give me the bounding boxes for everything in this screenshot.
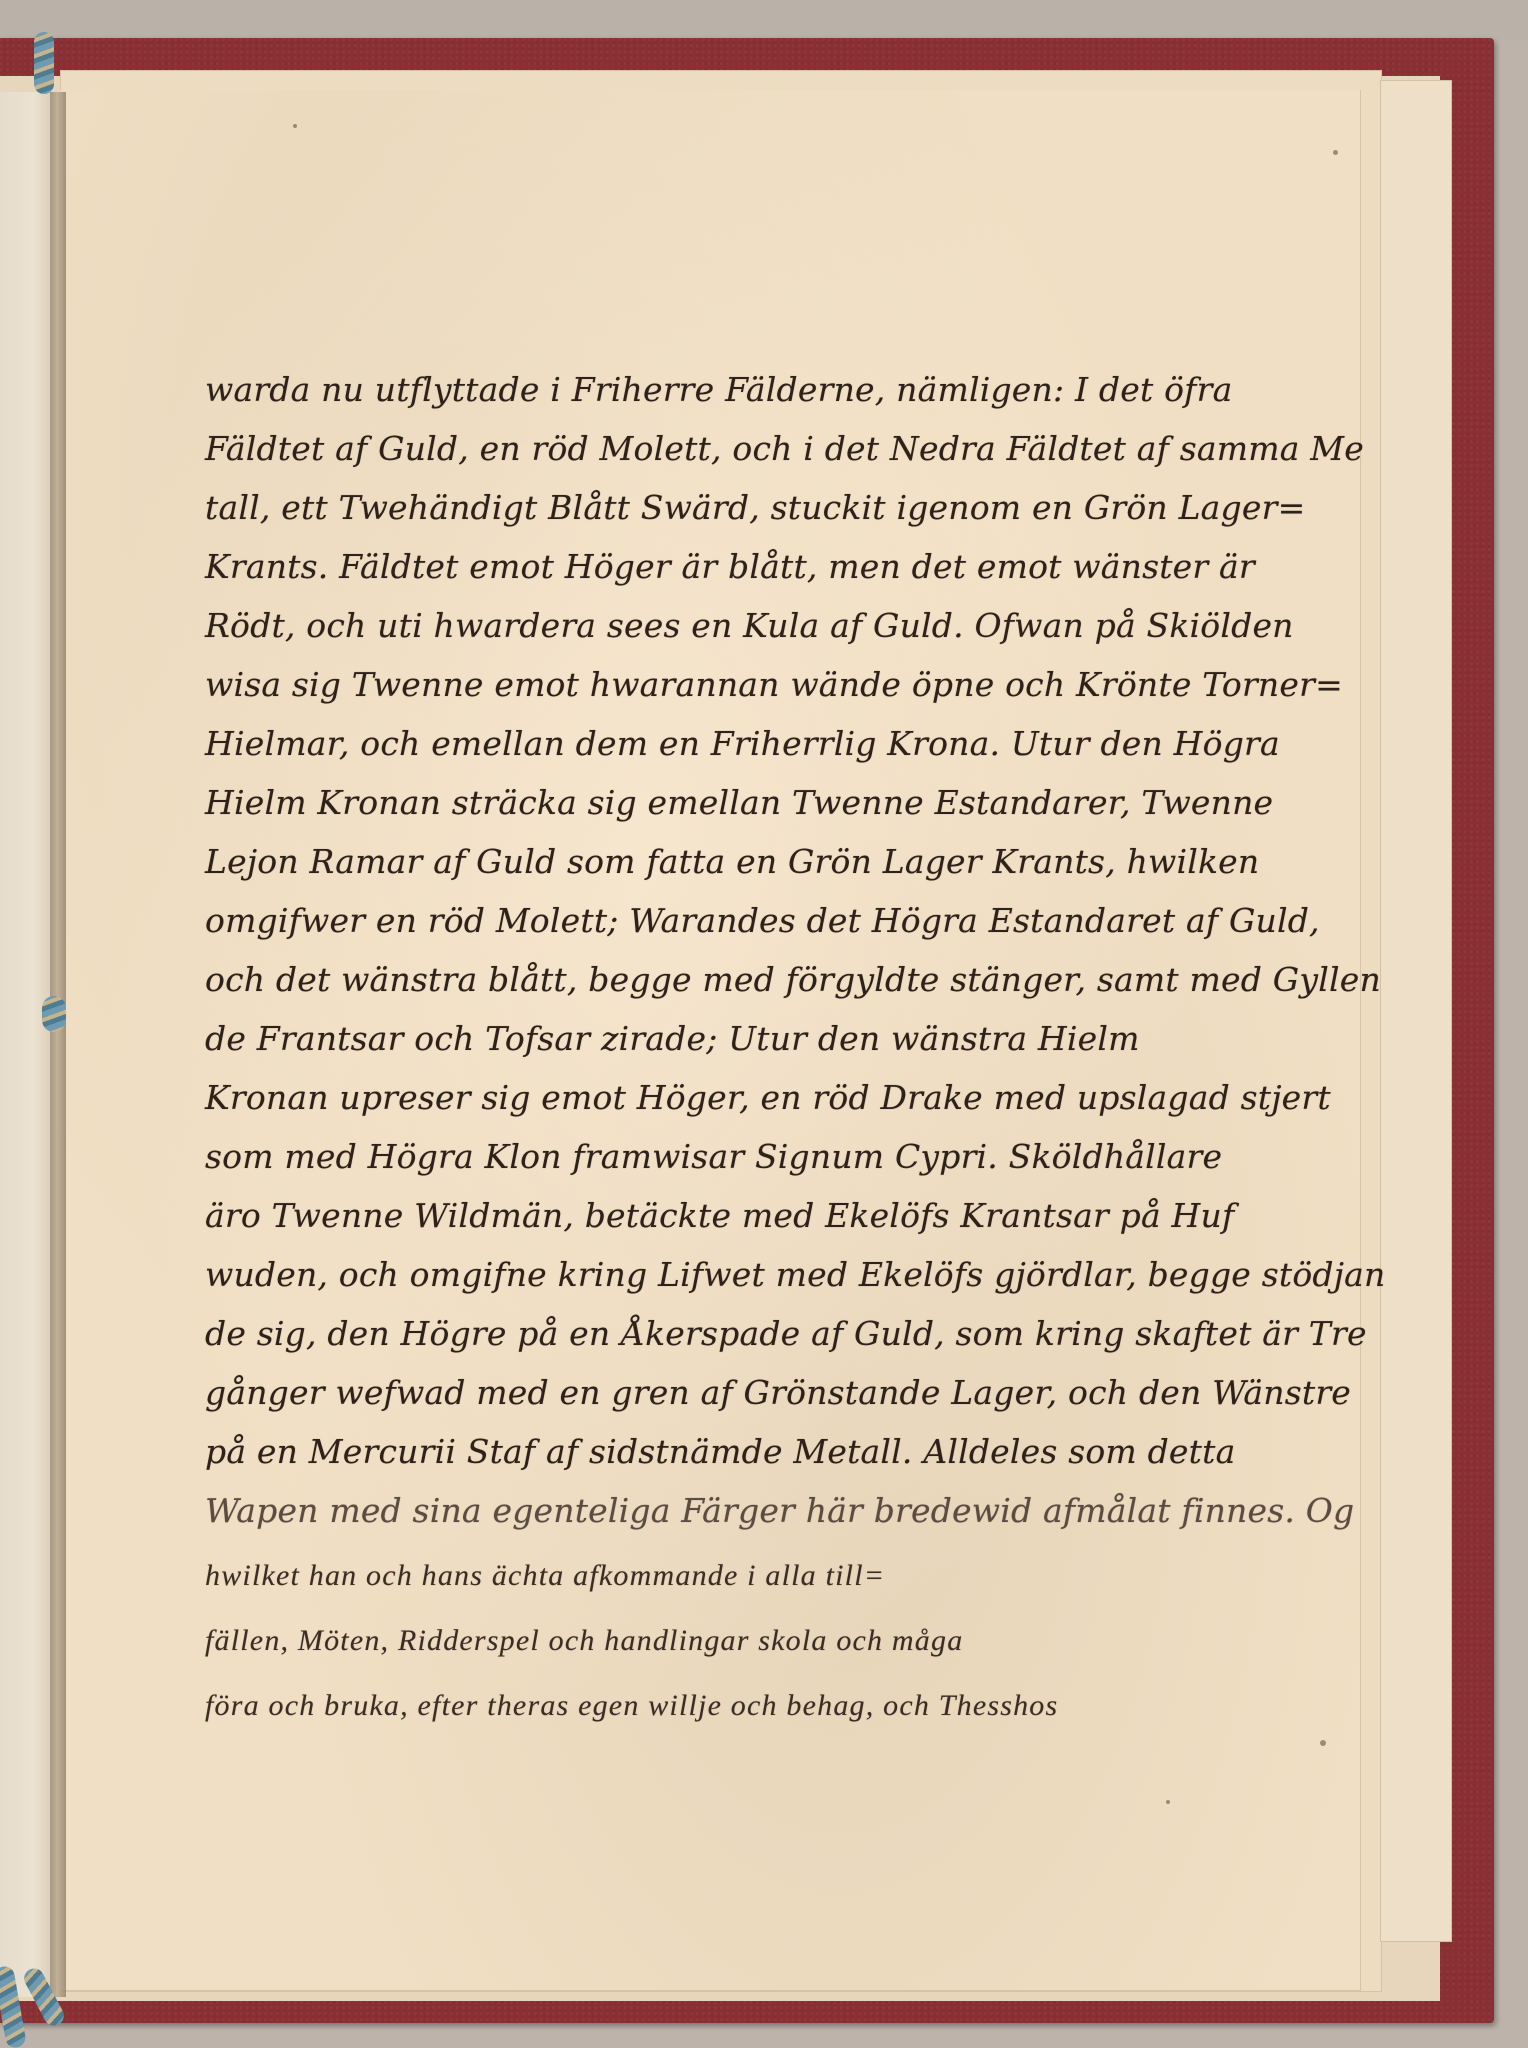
foxing-spot (1320, 1740, 1326, 1746)
text-line: Kronan upreser sig emot Höger, en röd Dr… (205, 1068, 1235, 1127)
text-line-later-hand: föra och bruka, efter theras egen willje… (205, 1676, 1235, 1735)
text-line: Wapen med sina egenteliga Färger här bre… (205, 1481, 1235, 1540)
book-gutter (50, 92, 66, 1997)
text-line: wisa sig Twenne emot hwarannan wände öpn… (205, 655, 1235, 714)
silk-cord-top (34, 32, 54, 94)
text-line: och det wänstra blått, begge med förgyld… (205, 950, 1235, 1009)
silk-cord-knot (42, 996, 66, 1032)
text-line: Hielmar, och emellan dem en Friherrlig K… (205, 714, 1235, 773)
scan-backdrop (0, 0, 1528, 40)
text-line: Lejon Ramar af Guld som fatta en Grön La… (205, 832, 1235, 891)
facing-page-edge (0, 92, 56, 1997)
text-line: Krants. Fäldtet emot Höger är blått, men… (205, 537, 1235, 596)
text-line-later-hand: fällen, Möten, Ridderspel och handlingar… (205, 1611, 1235, 1670)
text-line: som med Högra Klon framwisar Signum Cypr… (205, 1127, 1235, 1186)
text-line: Rödt, och uti hwardera sees en Kula af G… (205, 596, 1235, 655)
text-line: tall, ett Twehändigt Blått Swärd, stucki… (205, 478, 1235, 537)
text-line: warda nu utflyttade i Friherre Fälderne,… (205, 360, 1235, 419)
text-line: de sig, den Högre på en Åkerspade af Gul… (205, 1304, 1235, 1363)
underlying-leaf-edge (1380, 80, 1452, 1942)
foxing-spot (293, 124, 297, 128)
foxing-spot (1166, 1800, 1170, 1804)
text-line: på en Mercurii Staf af sidstnämde Metall… (205, 1422, 1235, 1481)
text-line: Hielm Kronan sträcka sig emellan Twenne … (205, 773, 1235, 832)
manuscript-text: warda nu utflyttade i Friherre Fälderne,… (205, 360, 1235, 1735)
text-line-later-hand: hwilket han och hans ächta afkommande i … (205, 1546, 1235, 1605)
text-line: omgifwer en röd Molett; Warandes det Hög… (205, 891, 1235, 950)
text-line: Fäldtet af Guld, en röd Molett, och i de… (205, 419, 1235, 478)
text-line: äro Twenne Wildmän, betäckte med Ekelöfs… (205, 1186, 1235, 1245)
foxing-spot (1333, 150, 1338, 155)
text-line: wuden, och omgifne kring Lifwet med Ekel… (205, 1245, 1235, 1304)
text-line: de Frantsar och Tofsar zirade; Utur den … (205, 1009, 1235, 1068)
text-line: gånger wefwad med en gren af Grönstande … (205, 1363, 1235, 1422)
